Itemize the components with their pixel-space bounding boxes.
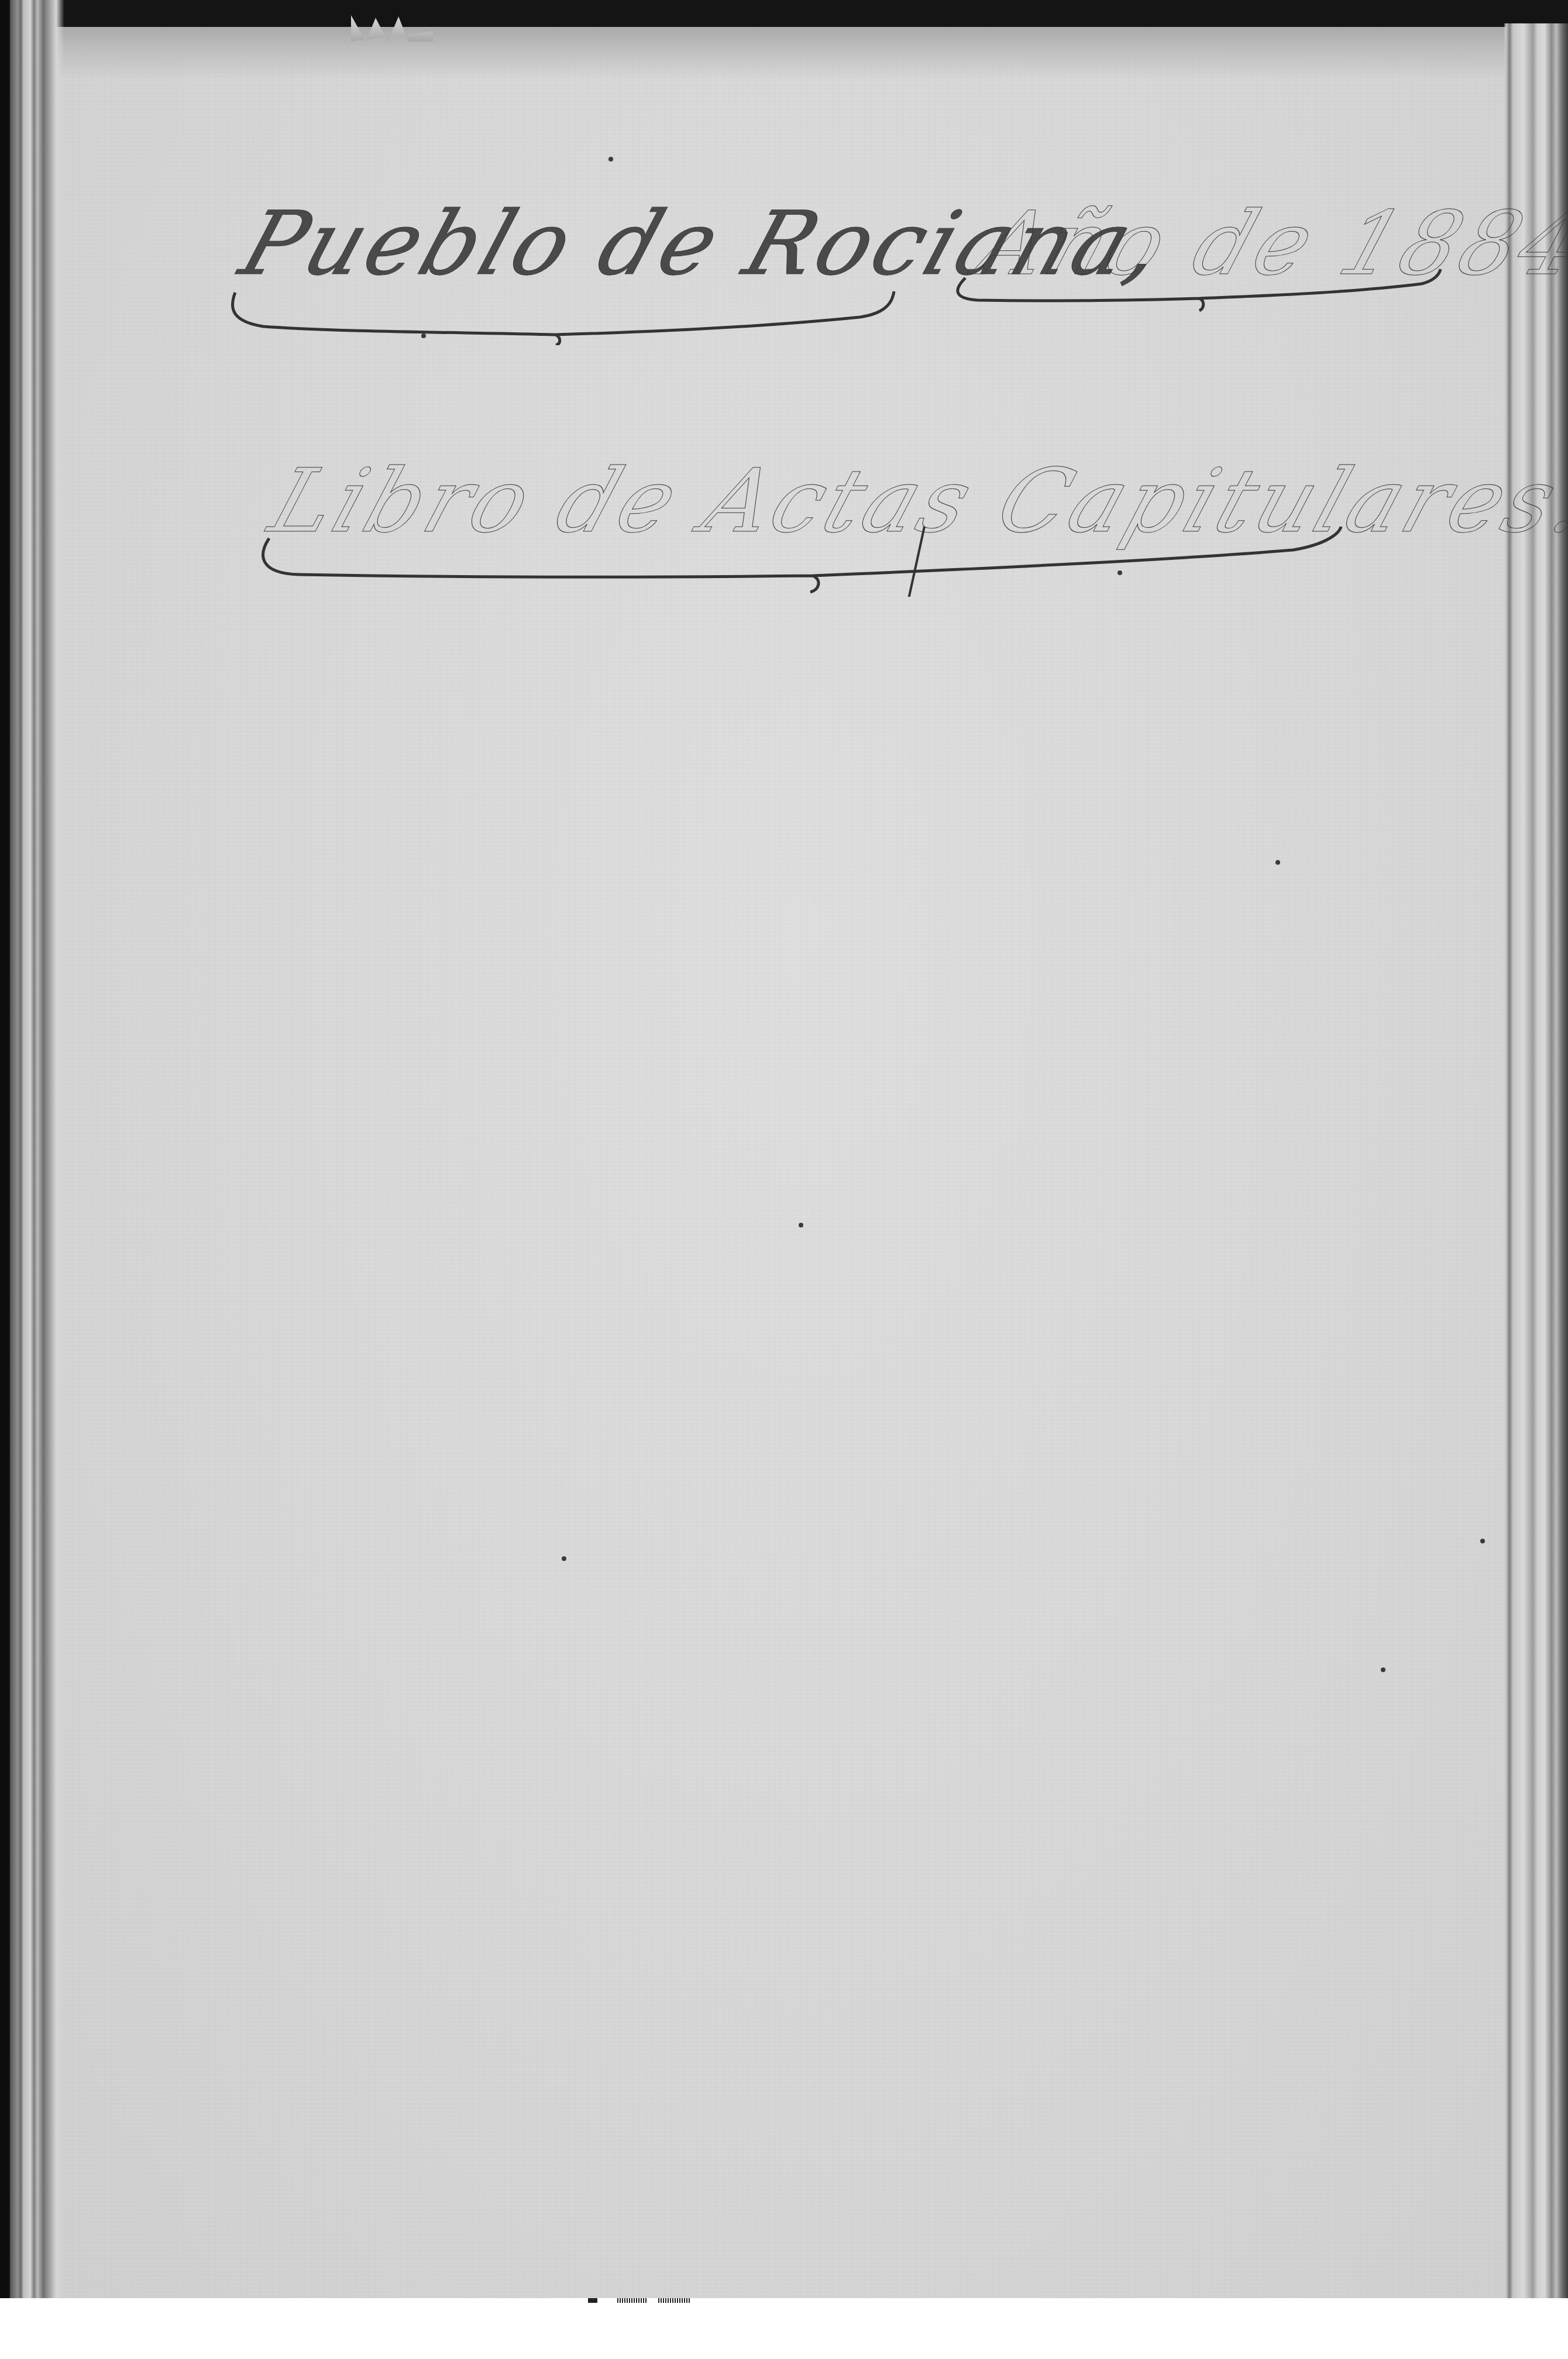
document-canvas: Pueblo de Rociana, Año de 1884: Libro de… [0,0,1568,2359]
heading-year: Año de 1884: [967,193,1568,295]
paper-sheet [34,27,1555,2298]
scan-artifact [658,2298,690,2303]
ink-speck [1275,860,1280,865]
ink-speck [1117,570,1122,575]
document-title: Libro de Actas Capitulares. [259,451,1568,552]
paper-top-stain [34,27,1555,80]
scan-artifact [588,2298,597,2303]
ink-speck [1381,1667,1385,1672]
ink-speck [421,333,426,338]
right-page-edges [1504,23,1568,2298]
left-page-edges [0,0,64,2298]
scan-artifacts [0,2298,1568,2310]
ink-speck [608,157,613,161]
ink-speck [562,1556,566,1561]
scan-artifact [617,2298,647,2303]
ink-speck [1480,1539,1485,1543]
scanned-page: Pueblo de Rociana, Año de 1884: Libro de… [0,0,1568,2298]
ink-speck [799,1223,803,1227]
